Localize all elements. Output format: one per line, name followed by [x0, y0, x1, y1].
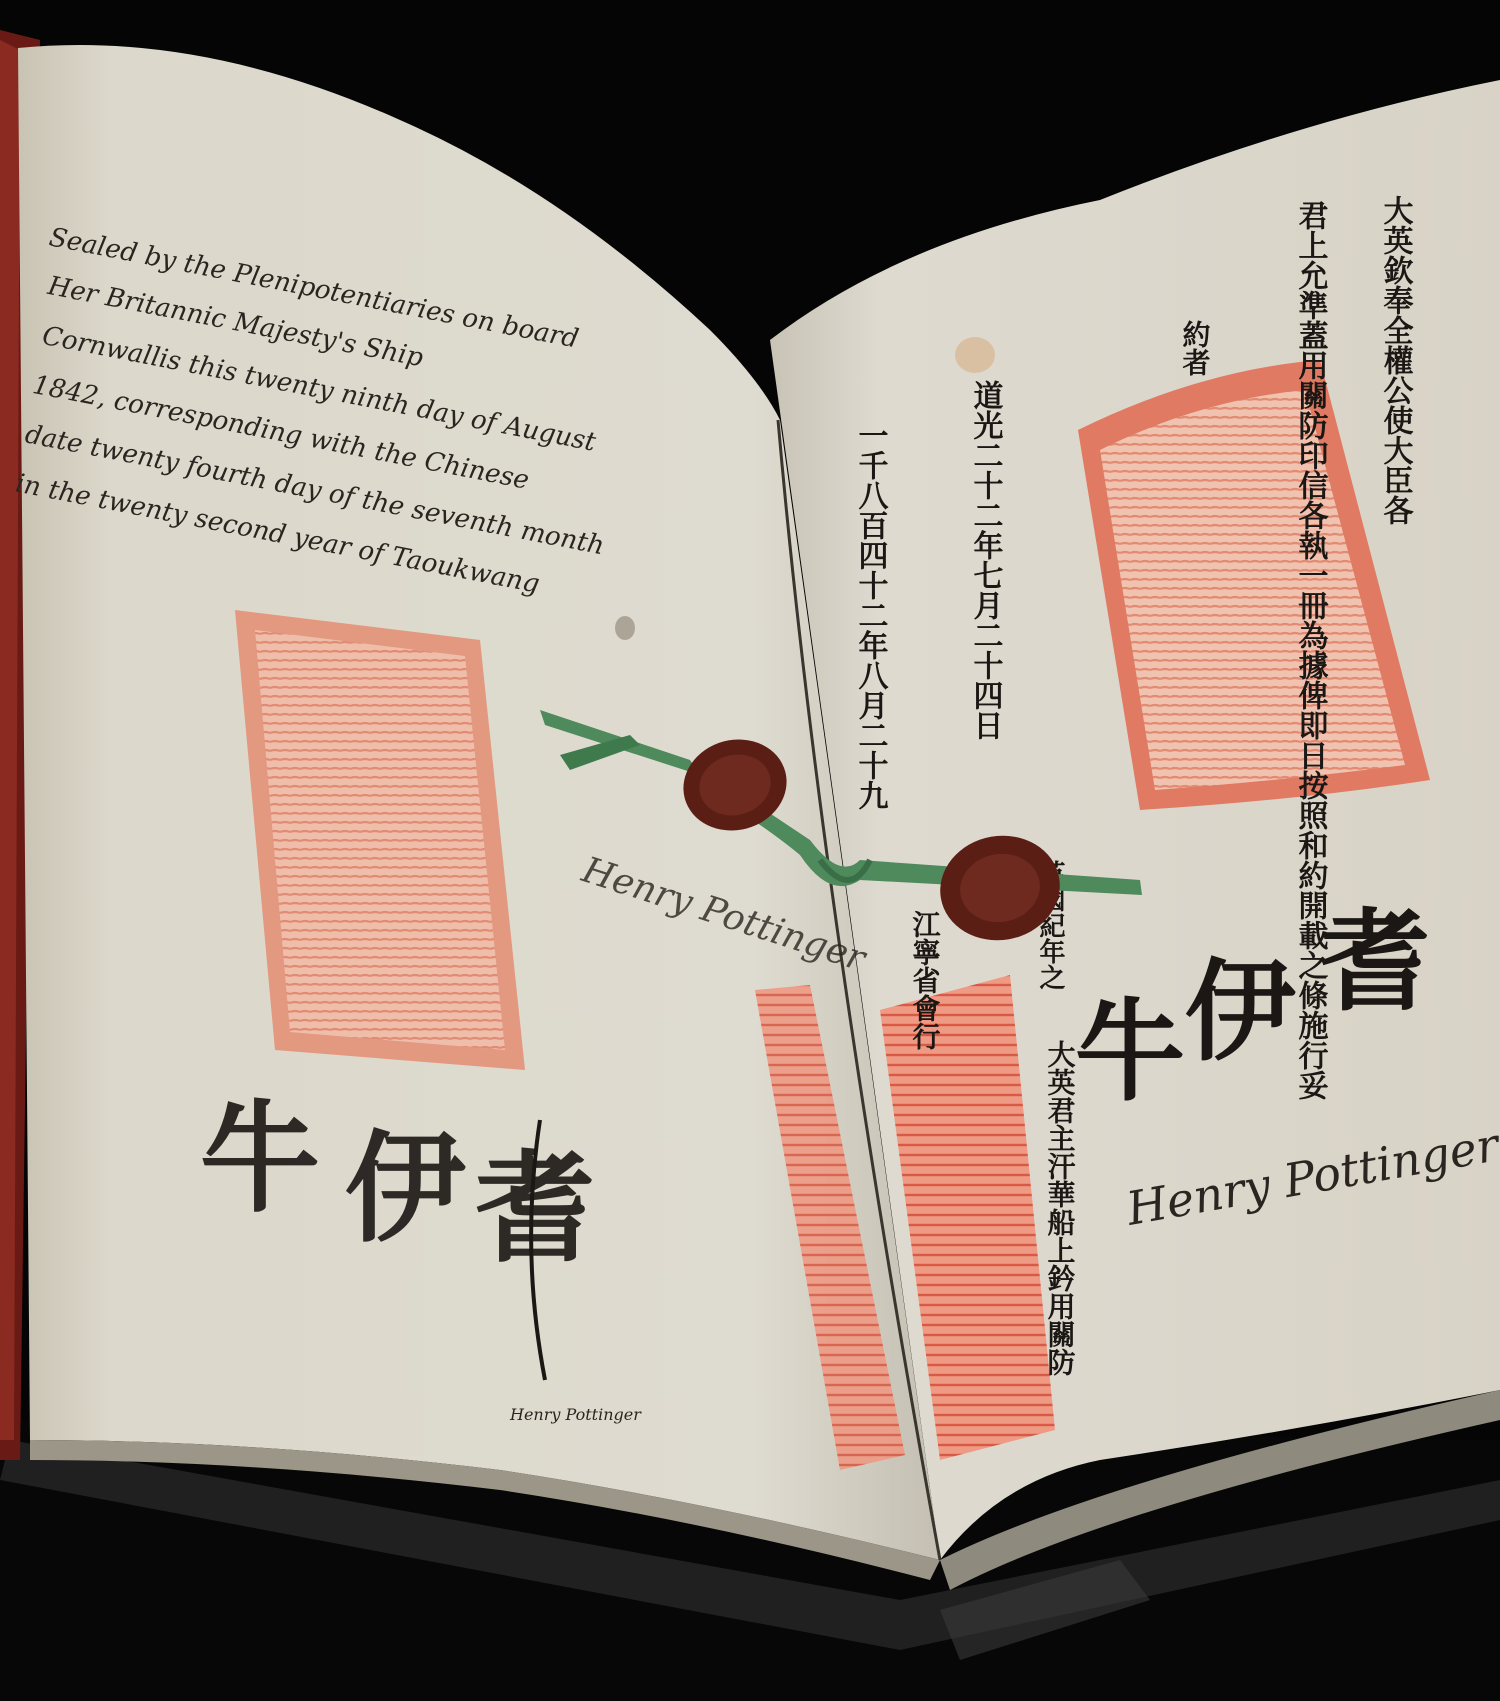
photo-scene: Sealed by the Plenipotentiaries on board…	[0, 0, 1500, 1701]
small-note: Henry Pottinger	[509, 1405, 642, 1424]
red-seal-left	[235, 610, 525, 1070]
signature-1: 牛	[200, 1090, 320, 1229]
column-3: 約者	[1179, 319, 1212, 376]
column-4: 道光二十二年七月二十四日	[968, 380, 1004, 740]
signature-5: 伊	[1185, 948, 1296, 1076]
signature-2: 伊	[345, 1120, 466, 1259]
signature-6: 耆	[1320, 898, 1430, 1026]
column-6: 江寧省會行	[909, 910, 942, 1050]
column-5: 一千八百四十二年八月二十九	[853, 420, 889, 810]
column-1: 大英欽奉全權公使大臣各	[1378, 195, 1414, 525]
column-7: 大英君主汗華船上鈐用關防	[1044, 1040, 1077, 1376]
signature-4: 牛	[1075, 988, 1185, 1116]
